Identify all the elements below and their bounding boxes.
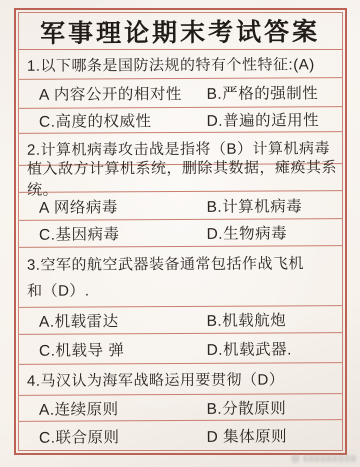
question-3-option-a: A.机载雷达 — [27, 309, 207, 332]
page-title: 军事理论期末考试答案 — [19, 13, 342, 50]
question-1-option-b: B.严格的强制性 — [206, 81, 342, 104]
question-3-options-ab: A.机载雷达 B.机载航炮 — [19, 306, 342, 335]
paper-photo: 军事理论期末考试答案 1.以下哪条是国防法规的特有个性特征:(A) A 内容公开… — [0, 0, 360, 467]
answer-sheet-frame: 军事理论期末考试答案 1.以下哪条是国防法规的特有个性特征:(A) A 内容公开… — [14, 8, 347, 455]
question-3-stem-text-1: 3.空军的航空武器装备通常包括作战飞机 — [27, 253, 304, 275]
question-1-options-ab: A 内容公开的相对性 B.严格的强制性 — [19, 78, 342, 109]
question-1-stem-text: 1.以下哪条是国防法规的特有个性特征:(A) — [27, 53, 315, 76]
question-4-options-ab: A.连续原则 B.分散原则 — [19, 394, 342, 422]
question-2-stem-line-2: 植入敌方计算机系统，删除其数据，瘫痪其系统。 — [19, 164, 342, 193]
question-1-option-a: A 内容公开的相对性 — [27, 82, 207, 105]
question-3-option-b: B.机载航炮 — [206, 308, 342, 331]
question-4-stem-text: 4.马汉认为海军战略运用要贯彻（D） — [27, 368, 284, 390]
watermark-text-blur — [303, 455, 357, 462]
question-4-option-c: C.联合原则 — [27, 424, 207, 447]
question-1-option-c: C.高度的权威性 — [27, 109, 207, 132]
answer-sheet-grid: 军事理论期末考试答案 1.以下哪条是国防法规的特有个性特征:(A) A 内容公开… — [18, 12, 343, 451]
question-2-option-a: A 网络病毒 — [27, 194, 207, 217]
question-3-option-d: D.机载武器. — [206, 337, 342, 360]
question-1-stem: 1.以下哪条是国防法规的特有个性特征:(A) — [19, 49, 342, 80]
question-4-option-d: D 集体原则 — [206, 424, 342, 447]
question-1-options-cd: C.高度的权威性 D.普遍的适用性 — [19, 107, 342, 134]
page-title-text: 军事理论期末考试答案 — [40, 12, 320, 50]
question-2-option-c: C.基因病毒 — [27, 222, 207, 245]
question-2-option-d: D.生物病毒 — [206, 221, 342, 244]
question-4-options-cd: C.联合原则 D 集体原则 — [19, 420, 342, 451]
question-4-option-a: A.连续原则 — [27, 396, 207, 419]
question-3-stem: 3.空军的航空武器装备通常包括作战飞机 和（D）. — [19, 246, 342, 308]
question-3-option-c: C.机载导 弹 — [27, 337, 207, 360]
question-4-option-b: B.分散原则 — [206, 396, 342, 419]
question-2-options-ab: A 网络病毒 B.计算机病毒 — [19, 191, 342, 221]
question-4-stem: 4.马汉认为海军战略运用要贯彻（D） — [19, 363, 342, 396]
question-2-options-cd: C.基因病毒 D.生物病毒 — [19, 219, 342, 248]
question-2-option-b: B.计算机病毒 — [206, 194, 342, 217]
question-1-option-d: D.普遍的适用性 — [206, 108, 342, 131]
question-3-options-cd: C.机载导 弹 D.机载武器. — [19, 333, 342, 365]
question-3-stem-text-2: 和（D）. — [27, 279, 90, 300]
